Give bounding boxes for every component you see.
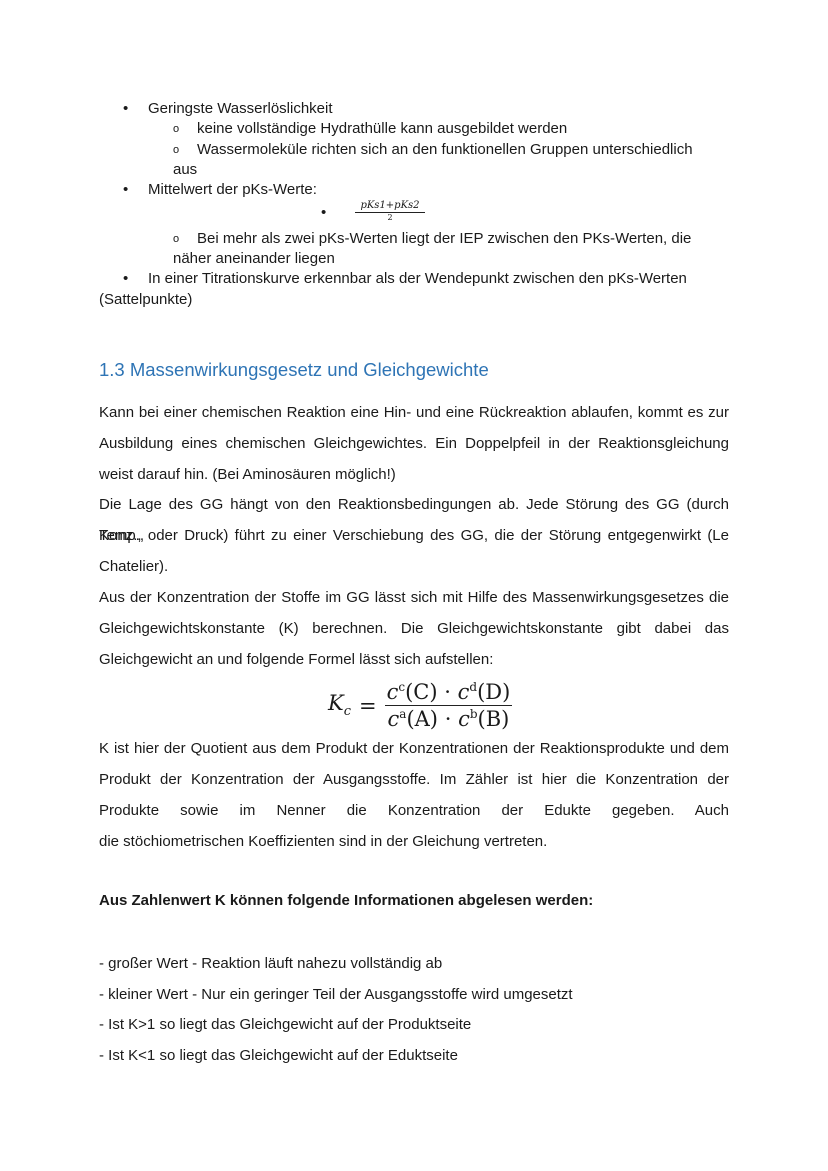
paragraph-mwg: Aus der Konzentration der Stoffe im GG l… xyxy=(99,582,729,675)
sub-bullet-item-cont: aus xyxy=(173,160,197,180)
formula-denominator: ca(A) · cb(B) xyxy=(386,706,512,731)
sub-bullet-item: keine vollständige Hydrathülle kann ausg… xyxy=(197,119,567,139)
document-page: • Geringste Wasserlöslichkeit o keine vo… xyxy=(0,0,828,1171)
sub-bullet-item-cont: näher aneinander liegen xyxy=(173,249,335,269)
paragraph-k-explanation: K ist hier der Quotient aus dem Produkt … xyxy=(99,733,729,857)
sub-bullet-item: Wassermoleküle richten sich an den funkt… xyxy=(197,140,693,160)
sub-bullet-item: Bei mehr als zwei pKs-Werten liegt der I… xyxy=(197,229,691,249)
bullet-item: Mittelwert der pKs-Werte: xyxy=(148,180,317,200)
info-item: - Ist K>1 so liegt das Gleichgewicht auf… xyxy=(99,1015,471,1035)
sub-bullet-icon: o xyxy=(173,229,179,249)
section-heading: 1.3 Massenwirkungsgesetz und Gleichgewic… xyxy=(99,358,489,382)
info-item: - kleiner Wert - Nur ein geringer Teil d… xyxy=(99,985,573,1005)
bullet-item: Geringste Wasserlöslichkeit xyxy=(148,99,333,119)
info-item: - Ist K<1 so liegt das Gleichgewicht auf… xyxy=(99,1046,458,1066)
info-item: - großer Wert - Reaktion läuft nahezu vo… xyxy=(99,954,442,974)
mass-action-formula: Kc = cc(C) · cd(D) ca(A) · cb(B) xyxy=(328,680,512,731)
bullet-icon: • xyxy=(321,203,326,223)
paragraph-equilibrium-intro: Kann bei einer chemischen Reaktion eine … xyxy=(99,397,729,490)
sub-bullet-icon: o xyxy=(173,119,179,139)
bullet-icon: • xyxy=(123,180,128,200)
bullet-icon: • xyxy=(123,269,128,289)
formula-numerator: cc(C) · cd(D) xyxy=(385,680,513,706)
bullet-item-cont: (Sattelpunkte) xyxy=(99,290,192,310)
bullet-icon: • xyxy=(123,99,128,119)
info-heading: Aus Zahlenwert K können folgende Informa… xyxy=(99,891,593,911)
bullet-item: In einer Titrationskurve erkennbar als d… xyxy=(148,269,687,289)
sub-bullet-icon: o xyxy=(173,140,179,160)
pks-mean-formula: pKs1+pKs2 2 xyxy=(355,200,425,222)
paragraph-le-chatelier: Die Lage des GG hängt von den Reaktionsb… xyxy=(99,489,729,582)
